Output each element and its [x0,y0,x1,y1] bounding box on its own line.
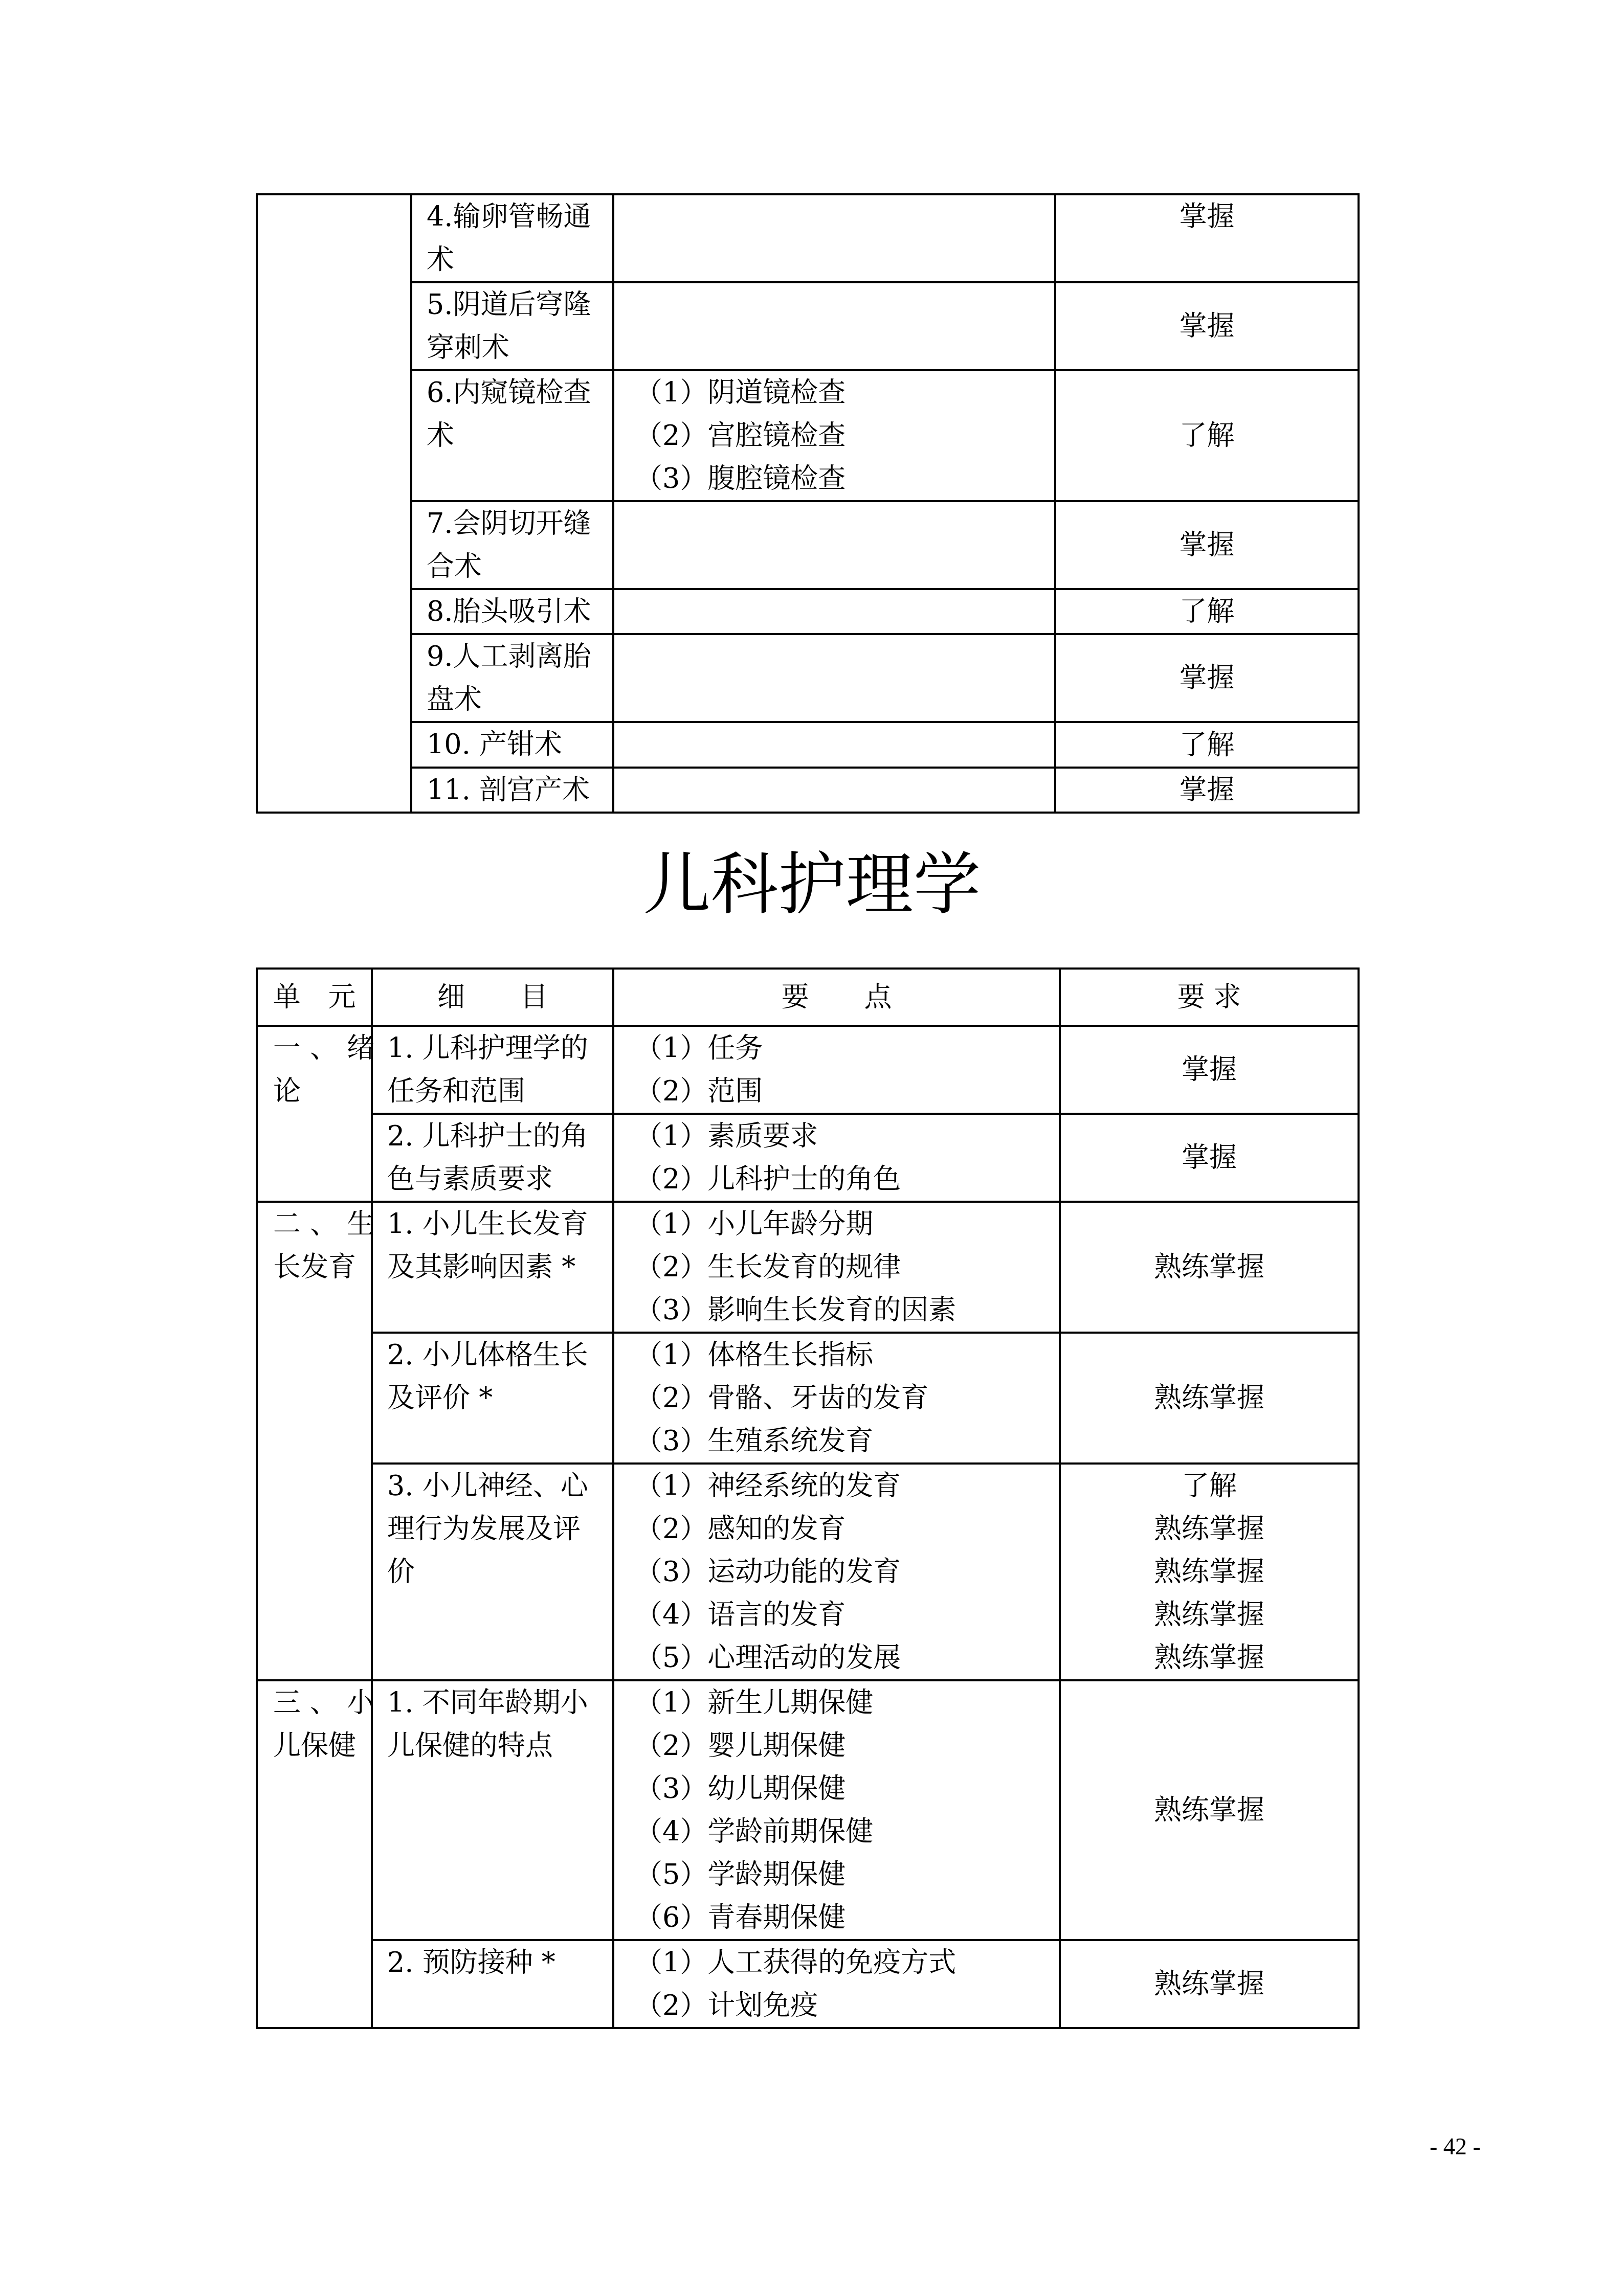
item-line: 1. 儿科护理学的 [387,1027,612,1070]
points-cell [613,194,1055,282]
item-line: 3. 小儿神经、心 [387,1465,612,1507]
item-line: 11. 剖宫产术 [427,769,612,812]
continued-syllabus-table: 4.输卵管畅通术 掌握 5.阴道后穹隆穿刺术 掌握 6.内窥镜检查术 （1）阴道… [256,193,1360,814]
point-line: （2）婴儿期保健 [635,1724,1059,1767]
point-line: （5）心理活动的发展 [635,1636,1059,1679]
point-line: （1）素质要求 [635,1115,1059,1158]
point-line: （1）阴道镜检查 [635,371,1054,414]
requirement-cell: 掌握 [1055,501,1359,589]
requirement-line: 熟练掌握 [1061,1593,1358,1636]
requirement-line: 熟练掌握 [1061,1550,1358,1593]
unit-line: 三、小 [273,1681,367,1724]
unit-cell-empty [257,194,411,813]
item-cell: 7.会阴切开缝合术 [411,501,613,589]
item-cell: 4.输卵管畅通术 [411,194,613,282]
unit-line: 长发育 [273,1246,367,1289]
points-cell [613,634,1055,722]
point-line: （2）计划免疫 [635,1984,1059,2027]
item-line: 盘术 [427,678,612,721]
header-points: 要 点 [613,969,1060,1026]
header-unit: 单 元 [257,969,372,1026]
item-line: 4.输卵管畅通 [427,195,612,238]
table-row: 2. 儿科护士的角色与素质要求 （1）素质要求（2）儿科护士的角色 掌握 [257,1114,1359,1202]
item-line: 及评价 * [387,1377,612,1420]
item-cell: 6.内窥镜检查术 [411,370,613,501]
item-cell: 2. 儿科护士的角色与素质要求 [372,1114,613,1202]
requirement-cell: 掌握 [1055,282,1359,370]
item-line: 2. 小儿体格生长 [387,1334,612,1377]
point-line: （1）新生儿期保健 [635,1681,1059,1724]
point-line: （1）人工获得的免疫方式 [635,1941,1059,1984]
points-cell: （1）新生儿期保健（2）婴儿期保健（3）幼儿期保健（4）学龄前期保健（5）学龄期… [613,1680,1060,1940]
points-cell: （1）素质要求（2）儿科护士的角色 [613,1114,1060,1202]
item-line: 儿保健的特点 [387,1724,612,1767]
item-cell: 8.胎头吸引术 [411,589,613,634]
requirement-cell: 掌握 [1055,194,1359,282]
item-cell: 9.人工剥离胎盘术 [411,634,613,722]
point-line: （2）宫腔镜检查 [635,414,1054,457]
requirement-cell: 熟练掌握 [1060,1202,1359,1333]
point-line: （3）运动功能的发育 [635,1550,1059,1593]
unit-line: 二、生 [273,1203,367,1246]
unit-line: 儿保健 [273,1724,367,1767]
item-line: 及其影响因素 * [387,1246,612,1289]
table-row: 三、小 儿保健 1. 不同年龄期小儿保健的特点 （1）新生儿期保健（2）婴儿期保… [257,1680,1359,1940]
item-line: 2. 儿科护士的角 [387,1115,612,1158]
table-row: 一、绪 论 1. 儿科护理学的任务和范围 （1）任务（2）范围 掌握 [257,1026,1359,1114]
pediatric-nursing-syllabus-table: 单 元 细 目 要 点 要 求 一、绪 论 1. 儿科护理学的任务和范围 （1）… [256,967,1360,2029]
points-cell [613,589,1055,634]
points-cell: （1）体格生长指标（2）骨骼、牙齿的发育（3）生殖系统发育 [613,1333,1060,1464]
point-line: （5）学龄期保健 [635,1853,1059,1896]
requirement-line: 了解 [1061,1465,1358,1507]
requirement-cell: 了解 [1055,722,1359,768]
item-line: 价 [387,1550,612,1593]
point-line: （2）骨骼、牙齿的发育 [635,1377,1059,1420]
page-number: - 42 - [1430,2132,1481,2161]
item-cell: 5.阴道后穹隆穿刺术 [411,282,613,370]
point-line: （3）影响生长发育的因素 [635,1289,1059,1332]
item-line: 术 [427,238,612,281]
point-line: （1）体格生长指标 [635,1334,1059,1377]
item-line: 穿刺术 [427,326,612,369]
item-line: 1. 小儿生长发育 [387,1203,612,1246]
point-line: （2）生长发育的规律 [635,1246,1059,1289]
point-line: （1）小儿年龄分期 [635,1203,1059,1246]
point-line: （4）学龄前期保健 [635,1810,1059,1853]
item-cell: 3. 小儿神经、心理行为发展及评价 [372,1464,613,1680]
item-cell: 1. 儿科护理学的任务和范围 [372,1026,613,1114]
item-line: 5.阴道后穹隆 [427,283,612,326]
points-cell: （1）任务（2）范围 [613,1026,1060,1114]
requirement-cell: 掌握 [1060,1114,1359,1202]
item-cell: 11. 剖宫产术 [411,768,613,813]
item-line: 9.人工剥离胎 [427,635,612,678]
point-line: （1）神经系统的发育 [635,1465,1059,1507]
points-cell: （1）人工获得的免疫方式（2）计划免疫 [613,1940,1060,2028]
requirement-cell: 熟练掌握 [1060,1940,1359,2028]
item-line: 6.内窥镜检查 [427,371,612,414]
table-row: 2. 小儿体格生长及评价 * （1）体格生长指标（2）骨骼、牙齿的发育（3）生殖… [257,1333,1359,1464]
header-item: 细 目 [372,969,613,1026]
header-row: 单 元 细 目 要 点 要 求 [257,969,1359,1026]
item-line: 8.胎头吸引术 [427,590,612,633]
points-cell: （1）阴道镜检查 （2）宫腔镜检查 （3）腹腔镜检查 [613,370,1055,501]
item-cell: 1. 不同年龄期小儿保健的特点 [372,1680,613,1940]
unit-line: 论 [273,1070,367,1113]
table-row: 3. 小儿神经、心理行为发展及评价 （1）神经系统的发育（2）感知的发育（3）运… [257,1464,1359,1680]
table-row: 2. 预防接种 * （1）人工获得的免疫方式（2）计划免疫 熟练掌握 [257,1940,1359,2028]
points-cell [613,282,1055,370]
requirement-cell: 了解熟练掌握熟练掌握熟练掌握熟练掌握 [1060,1464,1359,1680]
points-cell [613,722,1055,768]
point-line: （3）生殖系统发育 [635,1420,1059,1462]
item-line: 10. 产钳术 [427,723,612,766]
unit-cell: 三、小 儿保健 [257,1680,372,2028]
requirement-cell: 掌握 [1060,1026,1359,1114]
point-line: （1）任务 [635,1027,1059,1070]
item-cell: 1. 小儿生长发育及其影响因素 * [372,1202,613,1333]
item-line: 2. 预防接种 * [387,1941,612,1984]
requirement-cell: 掌握 [1055,634,1359,722]
item-cell: 2. 预防接种 * [372,1940,613,2028]
requirement-cell: 熟练掌握 [1060,1680,1359,1940]
item-cell: 10. 产钳术 [411,722,613,768]
unit-line: 一、绪 [273,1027,367,1070]
item-line: 1. 不同年龄期小 [387,1681,612,1724]
requirement-cell: 掌握 [1055,768,1359,813]
point-line: （3）幼儿期保健 [635,1767,1059,1810]
unit-cell: 一、绪 论 [257,1026,372,1202]
points-cell [613,501,1055,589]
item-line: 合术 [427,545,612,588]
point-line: （4）语言的发育 [635,1593,1059,1636]
item-line: 术 [427,414,612,457]
points-cell: （1）小儿年龄分期（2）生长发育的规律（3）影响生长发育的因素 [613,1202,1060,1333]
table-row: 二、生 长发育 1. 小儿生长发育及其影响因素 * （1）小儿年龄分期（2）生长… [257,1202,1359,1333]
item-line: 任务和范围 [387,1070,612,1113]
item-line: 7.会阴切开缝 [427,502,612,545]
item-line: 色与素质要求 [387,1158,612,1201]
points-cell: （1）神经系统的发育（2）感知的发育（3）运动功能的发育（4）语言的发育（5）心… [613,1464,1060,1680]
point-line: （2）儿科护士的角色 [635,1158,1059,1201]
requirement-cell: 熟练掌握 [1060,1333,1359,1464]
requirement-cell: 了解 [1055,370,1359,501]
header-requirement: 要 求 [1060,969,1359,1026]
section-title: 儿科护理学 [0,846,1624,923]
requirement-line: 熟练掌握 [1061,1507,1358,1550]
point-line: （2）感知的发育 [635,1507,1059,1550]
point-line: （6）青春期保健 [635,1896,1059,1939]
point-line: （2）范围 [635,1070,1059,1113]
requirement-cell: 了解 [1055,589,1359,634]
item-cell: 2. 小儿体格生长及评价 * [372,1333,613,1464]
item-line: 理行为发展及评 [387,1507,612,1550]
point-line: （3）腹腔镜检查 [635,457,1054,500]
requirement-line: 熟练掌握 [1061,1636,1358,1679]
unit-cell: 二、生 长发育 [257,1202,372,1680]
points-cell [613,768,1055,813]
